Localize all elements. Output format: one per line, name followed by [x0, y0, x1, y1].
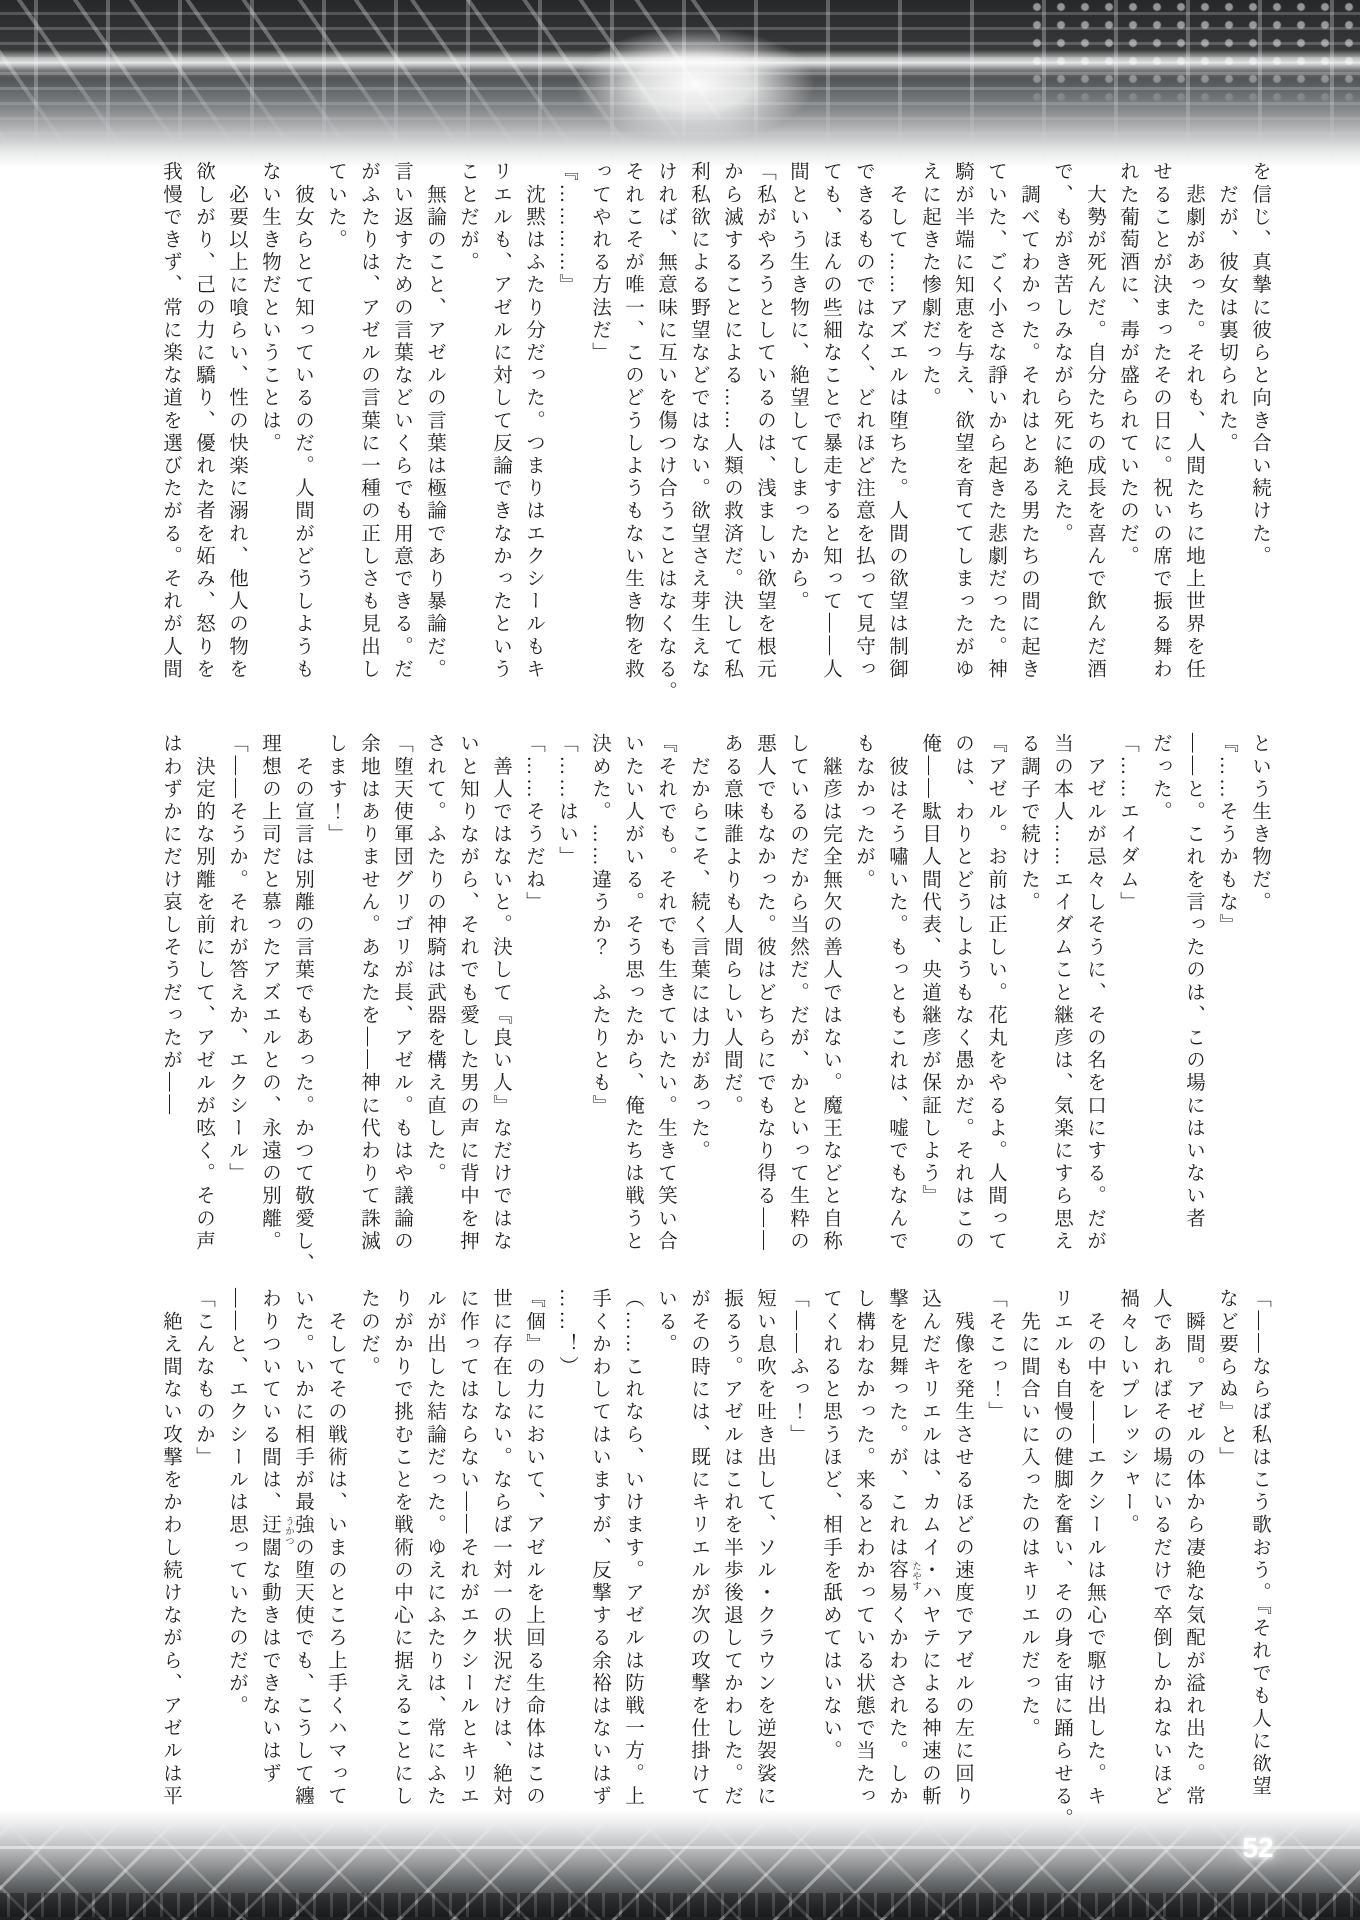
text-column: ってやれる方法だ」: [583, 161, 616, 703]
text-column: わりついている間は、迂闊うかつな動きはできないはず: [253, 1288, 286, 1830]
text-column: に作ってはならない――それがエクシールとキリエ: [451, 1288, 484, 1830]
text-band-middle: という生き物だ。『……そうかもな』――と。これを言ったのは、この場にはいない者だ…: [154, 733, 1276, 1275]
text-column: ……！）: [550, 1288, 583, 1830]
text-column: 世に存在しない。ならば一対一の状況だけは、絶対: [484, 1288, 517, 1830]
text-column: がふたりは、アゼルの言葉に一種の正しさも見出し: [352, 161, 385, 703]
text-column: 振るう。アゼルはこれを半歩後退してかわした。だ: [715, 1288, 748, 1830]
doujin-novel-page: { "page": { "number": "52", "colors": { …: [0, 0, 1360, 1920]
text-column: 言い返すための言葉などいくらでも用意できる。だ: [385, 161, 418, 703]
text-column: 残像を発生させるほどの速度でアゼルの左に回り: [946, 1288, 979, 1830]
text-column: そして……アズエルは堕ちた。人間の欲望は制御: [880, 161, 913, 703]
text-column: ていた、ごく小さな諍いから起きた悲劇だった。神: [979, 161, 1012, 703]
text-column: 手くかわしてはいますが、反撃する余裕はないはず: [583, 1288, 616, 1830]
text-column: 欲しがり、己の力に驕り、優れた者を妬み、怒りを: [187, 161, 220, 703]
text-column: 『それでも。それでも生きていたい。生きて笑い合: [649, 733, 682, 1275]
text-column: いた。いかに相手が最強の堕天使でも、こうして纏: [286, 1288, 319, 1830]
text-column: ――と。これを言ったのは、この場にはいない者: [1177, 733, 1210, 1275]
ruby-reading: うかつ: [282, 1516, 294, 1546]
text-column: 「私がやろうとしているのは、浅ましい欲望を根元: [748, 161, 781, 703]
text-column: 悪人でもなかった。彼はどちらにでもなり得る――: [748, 733, 781, 1275]
text-column: （……これなら、いけます。アゼルは防戦一方。上: [616, 1288, 649, 1830]
text-column: 短い息吹を吐き出して、ソル・クラウンを逆袈裟に: [748, 1288, 781, 1830]
text-column: いたい人がいる。そう思ったから、俺たちは戦うと: [616, 733, 649, 1275]
text-column: 先に間合いに入ったのはキリエルだった。: [1012, 1288, 1045, 1830]
text-column: ことだが。: [451, 161, 484, 703]
light-streak-icon: [0, 1846, 1360, 1849]
text-band-bottom: 「――ならば私はこう歌おう。『それでも人に欲望など要らぬ』と」 瞬間。アゼルの体…: [154, 1288, 1276, 1830]
text-column: その宣言は別離の言葉でもあった。かつて敬愛し、: [286, 733, 319, 1275]
text-column: から滅することによる……人類の救済だ。決して私: [715, 161, 748, 703]
text-column: 「こんなものか」: [187, 1288, 220, 1830]
text-column: いる。: [649, 1288, 682, 1830]
text-column: 「――ふっ！」: [781, 1288, 814, 1830]
text-column: 継彦は完全無欠の善人ではない。魔王などと自称: [814, 733, 847, 1275]
text-column: 理想の上司だと慕ったアズエルとの、永遠の別離。: [253, 733, 286, 1275]
text-column: 決めた。……違うか？ ふたりとも』: [583, 733, 616, 1275]
text-column: ても、ほんの些細なことで暴走すると知って――人: [814, 161, 847, 703]
text-column: されて。ふたりの神騎は武器を構え直した。: [418, 733, 451, 1275]
light-flare-icon: [535, 8, 855, 160]
text-column: 俺――駄目人間代表、央道継彦が保証しよう』: [913, 733, 946, 1275]
text-column: ない生き物だということは。: [253, 161, 286, 703]
text-column: もなかったが。: [847, 733, 880, 1275]
text-column: 決定的な別離を前にして、アゼルが呟く。その声: [187, 733, 220, 1275]
text-column: 騎が半端に知恵を与え、欲望を育ててしまったがゆ: [946, 161, 979, 703]
text-column: で、もがき苦しみながら死に絶えた。: [1045, 161, 1078, 703]
text-column: 「そこっ！」: [979, 1288, 1012, 1830]
text-column: 必要以上に喰らい、性の快楽に溺れ、他人の物を: [220, 161, 253, 703]
text-column: 撃を見舞った。が、これは容易たやすくかわされた。しか: [880, 1288, 913, 1830]
text-column: 「……はい」: [550, 733, 583, 1275]
text-column: がその時には、既にキリエルが次の攻撃を仕掛けて: [682, 1288, 715, 1830]
text-column: のは、わりとどうしようもなく愚かだ。それはこの: [946, 733, 979, 1275]
text-column: 『アゼル。お前は正しい。花丸をやるよ。人間って: [979, 733, 1012, 1275]
ruby-base: 迂闊うかつ: [259, 1514, 280, 1559]
text-column: それこそが唯一、このどうしようもない生き物を救: [616, 161, 649, 703]
text-column: れた葡萄酒に、毒が盛られていたのだ。: [1111, 161, 1144, 703]
text-column: 彼はそう嘯いた。もっともこれは、嘘でもなんで: [880, 733, 913, 1275]
text-column: 無論のこと、アゼルの言葉は極論であり暴論だ。: [418, 161, 451, 703]
text-column: 『個』の力において、アゼルを上回る生命体はこの: [517, 1288, 550, 1830]
text-column: という生き物だ。: [1243, 733, 1276, 1275]
text-column: てくれると思うほど、相手を舐めてはいない。: [814, 1288, 847, 1830]
text-column: リエルも自慢の健脚を奮い、その身を宙に踊らせる。: [1045, 1288, 1078, 1830]
connector-pins-icon: [0, 1893, 1360, 1917]
text-column: リエルも、アゼルに対して反論できなかったという: [484, 161, 517, 703]
text-column: 「――そうか。それが答えか、エクシール」: [220, 733, 253, 1275]
text-column: ルが出した結論だった。ゆえにふたりは、常にふた: [418, 1288, 451, 1830]
text-column: 我慢できず、常に楽な道を選びたがる。それが人間: [154, 161, 187, 703]
text-column: 彼女らとて知っているのだ。人間がどうしようも: [286, 161, 319, 703]
text-column: 余地はありません。あなたを――神に代わりて誅滅: [352, 733, 385, 1275]
text-column: 「……そうだね」: [517, 733, 550, 1275]
text-column: だった。: [1144, 733, 1177, 1275]
ruby-base: 容易たやす: [886, 1559, 907, 1604]
text-column: 禍々しいプレッシャー。: [1111, 1288, 1144, 1830]
text-column: を信じ、真摯に彼らと向き合い続けた。: [1243, 161, 1276, 703]
text-column: 悲劇があった。それも、人間たちに地上世界を任: [1177, 161, 1210, 703]
text-column: せることが決まったその日に。祝いの席で振る舞わ: [1144, 161, 1177, 703]
text-column: 沈黙はふたり分だった。つまりはエクシールもキ: [517, 161, 550, 703]
text-column: 絶え間ない攻撃をかわし続けながら、アゼルは平: [154, 1288, 187, 1830]
text-column: いと知りながら、それでも愛した男の声に背中を押: [451, 733, 484, 1275]
text-column: ければ、無意味に互いを傷つけ合うことはなくなる。: [649, 161, 682, 703]
text-column: 瞬間。アゼルの体から凄絶な気配が溢れ出た。常: [1177, 1288, 1210, 1830]
text-column: します！」: [319, 733, 352, 1275]
text-column: など要らぬ』と」: [1210, 1288, 1243, 1830]
text-column: 人であればその場にいるだけで卒倒しかねないほど: [1144, 1288, 1177, 1830]
text-column: 大勢が死んだ。自分たちの成長を喜んで飲んだ酒: [1078, 161, 1111, 703]
text-column: 「――ならば私はこう歌おう。『それでも人に欲望: [1243, 1288, 1276, 1830]
text-column: しているのだから当然だ。だが、かといって生粋の: [781, 733, 814, 1275]
text-column: ――と、エクシールは思っていたのだが。: [220, 1288, 253, 1830]
page-canvas: を信じ、真摯に彼らと向き合い続けた。 だが、彼女は裏切られた。 悲劇があった。そ…: [0, 0, 1360, 1920]
ruby-reading: たやす: [909, 1561, 921, 1591]
text-column: たのだ。: [352, 1288, 385, 1830]
text-column: 『……そうかもな』: [1210, 733, 1243, 1275]
text-column: 込んだキリエルは、カムイ・ハヤテによる神速の斬: [913, 1288, 946, 1830]
text-column: だが、彼女は裏切られた。: [1210, 161, 1243, 703]
text-column: 利私欲による野望などではない。欲望さえ芽生えな: [682, 161, 715, 703]
text-column: 間という生き物に、絶望してしまったから。: [781, 161, 814, 703]
text-column: りがかりで挑むことを戦術の中心に据えることにし: [385, 1288, 418, 1830]
text-column: できるものではなく、どれほど注意を払って見守っ: [847, 161, 880, 703]
text-column: ある意味誰よりも人間らしい人間だ。: [715, 733, 748, 1275]
text-column: 当の本人……エイダムこと継彦は、気楽にすら思え: [1045, 733, 1078, 1275]
text-column: る調子で続けた。: [1012, 733, 1045, 1275]
text-column: 善人ではないと。決して『良い人』なだけではな: [484, 733, 517, 1275]
text-column: そしてその戦術は、いまのところ上手くハマって: [319, 1288, 352, 1830]
text-column: 「堕天使軍団グリゴリが長、アゼル。もはや議論の: [385, 733, 418, 1275]
text-column: はわずかにだけ哀しそうだったが――: [154, 733, 187, 1275]
text-column: ていた。: [319, 161, 352, 703]
text-column: その中を――エクシールは無心で駆け出した。キ: [1078, 1288, 1111, 1830]
text-column: し構わなかった。来るとわかっている状態で当たっ: [847, 1288, 880, 1830]
text-column: えに起きた惨劇だった。: [913, 161, 946, 703]
text-column: だからこそ、続く言葉には力があった。: [682, 733, 715, 1275]
text-column: 「……エイダム」: [1111, 733, 1144, 1275]
text-column: 調べてわかった。それはとある男たちの間に起き: [1012, 161, 1045, 703]
text-column: アゼルが忌々しそうに、その名を口にする。だが: [1078, 733, 1111, 1275]
text-column: 『…………』: [550, 161, 583, 703]
top-border-art: [0, 0, 1360, 168]
page-number: 52: [1222, 1832, 1294, 1864]
text-band-top: を信じ、真摯に彼らと向き合い続けた。 だが、彼女は裏切られた。 悲劇があった。そ…: [154, 161, 1276, 703]
